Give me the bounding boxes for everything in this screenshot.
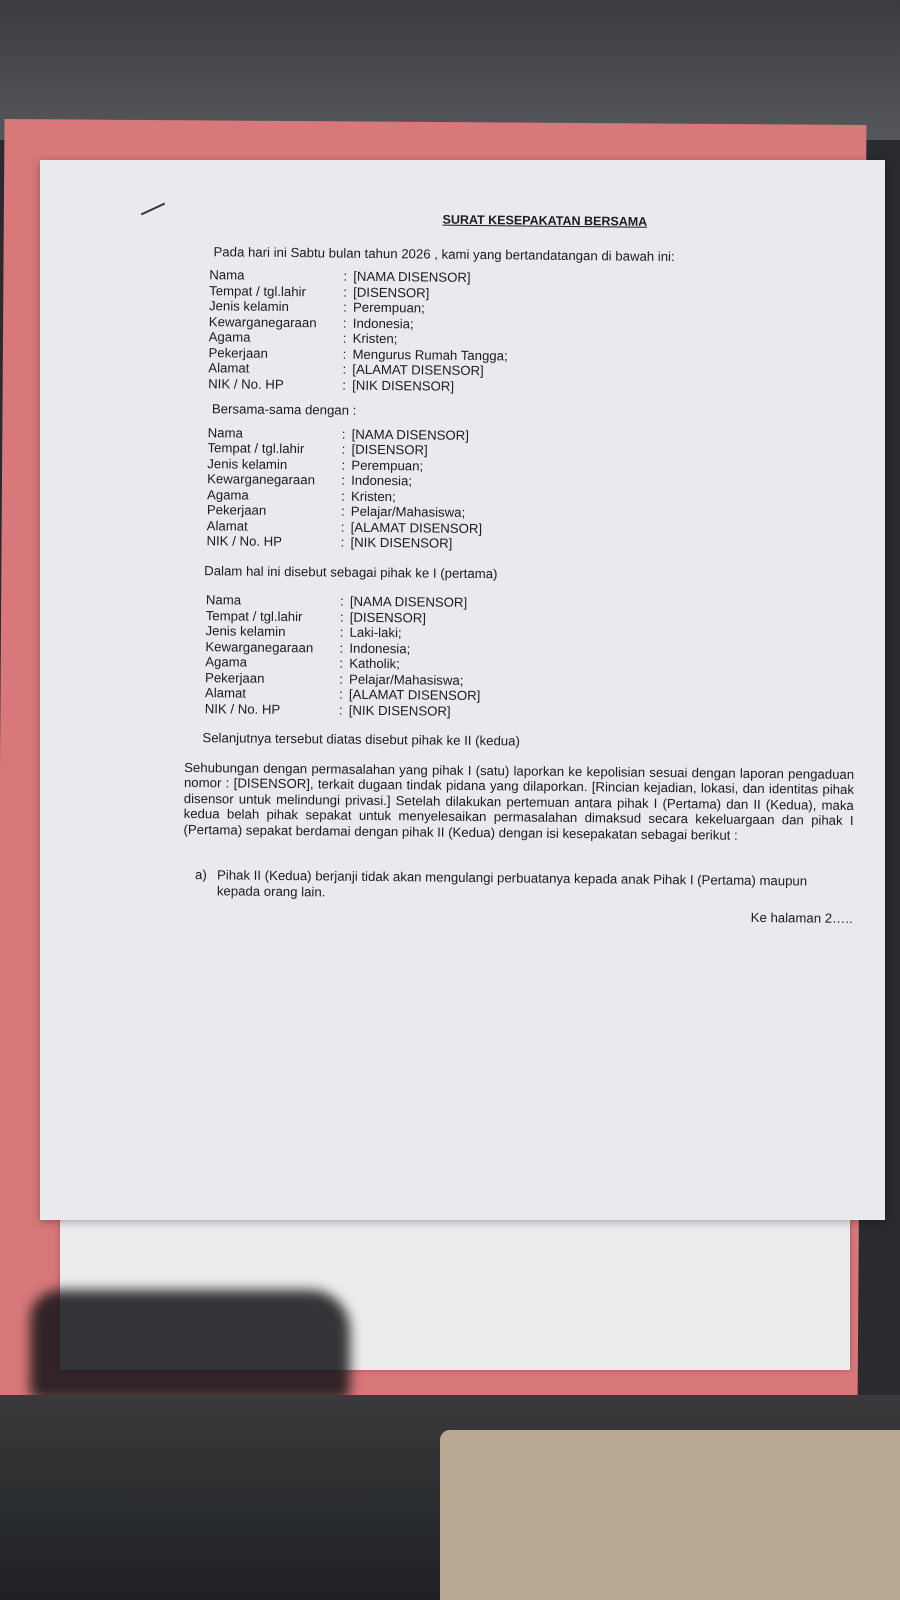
body-paragraph: Sehubungan dengan permasalahan yang piha… (183, 759, 854, 844)
intro-text: Pada hari ini Sabtu bulan tahun 2026 , k… (189, 243, 859, 266)
handbag (440, 1430, 900, 1600)
together-with-text: Bersama-sama dengan : (188, 401, 858, 424)
hand-shadow (30, 1290, 350, 1400)
agreement-document: SURAT KESEPAKATAN BERSAMA Pada hari ini … (183, 210, 860, 926)
party-2-note: Selanjutnya tersebut diatas disebut piha… (202, 730, 854, 752)
party-1-note: Dalam hal ini disebut sebagai pihak ke I… (204, 563, 856, 585)
label-nama: Nama (209, 267, 337, 284)
party-1b-block: Nama:[NAMA DISENSOR] Tempat / tgl.lahir:… (186, 424, 857, 555)
agreement-item: a) Pihak II (Kedua) berjanji tidak akan … (195, 867, 853, 905)
party-1a-block: Nama:[NAMA DISENSOR] Tempat / tgl.lahir:… (188, 267, 859, 398)
party-2-block: Nama:[NAMA DISENSOR] Tempat / tgl.lahir:… (185, 592, 856, 723)
